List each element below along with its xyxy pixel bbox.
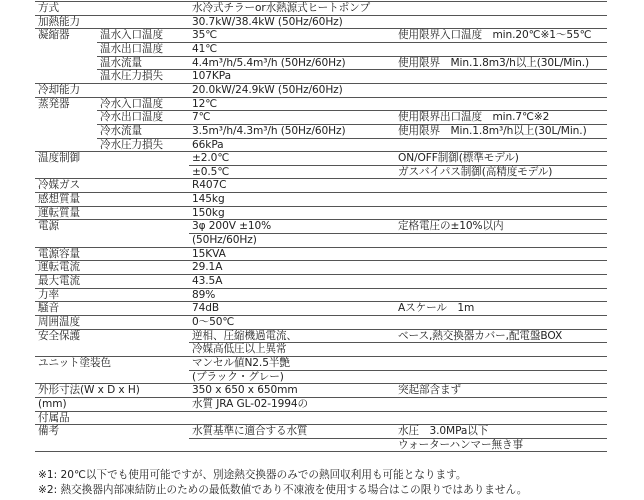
cell-c1: 加熱能力	[38, 16, 80, 30]
row-rule	[35, 97, 607, 98]
cell-c3: 4.4m³/h/5.4m³/h (50Hz/60Hz)	[192, 57, 345, 71]
row-rule	[189, 165, 607, 166]
cell-c3: ±2.0℃	[192, 152, 229, 166]
row-rule	[35, 28, 607, 29]
table-row: 冷却能力20.0kW/24.9kW (50Hz/60Hz)	[0, 84, 644, 98]
table-row: 冷媒高低圧以上異常	[0, 343, 644, 357]
cell-c4: Aスケール 1m	[398, 302, 474, 316]
row-rule	[97, 124, 607, 125]
cell-c2: 冷水入口温度	[100, 98, 163, 112]
footnote-2: ※2: 熱交換器内部凍結防止のための最低数値であり不凍液を使用する場合はこの限り…	[38, 483, 527, 498]
cell-c3: 107KPa	[192, 70, 231, 84]
cell-c3: 水冷式チラーor水熱源式ヒートポンプ	[192, 2, 370, 16]
table-row: 方式水冷式チラーor水熱源式ヒートポンプ	[0, 2, 644, 16]
cell-c2: 温水入口温度	[100, 29, 163, 43]
table-row: (50Hz/60Hz)	[0, 234, 644, 248]
cell-c1: 周囲温度	[38, 316, 80, 330]
cell-c3: 150kg	[192, 207, 225, 221]
row-rule	[97, 69, 607, 70]
cell-c3: ±0.5℃	[192, 166, 229, 180]
cell-c3: 30.7kW/38.4kW (50Hz/60Hz)	[192, 16, 343, 30]
row-rule	[189, 342, 607, 343]
table-row: 周囲温度0～50℃	[0, 316, 644, 330]
table-row: 安全保護逆相、圧縮機過電流、ベース,熱交換器カバー,配電盤BOX	[0, 330, 644, 344]
row-rule	[189, 233, 607, 234]
cell-c3: 3.5m³/h/4.3m³/h (50Hz/60Hz)	[192, 125, 345, 139]
footnotes: ※1: 20℃以下でも使用可能ですが、別途熱交換器のみでの熱回収利用も可能となり…	[38, 468, 527, 498]
cell-c1: (mm)	[38, 398, 67, 412]
row-rule	[189, 438, 607, 439]
row-rule	[35, 83, 607, 84]
table-row: ユニット塗装色マンセル値N2.5半艶	[0, 357, 644, 371]
cell-c3: 15KVA	[192, 248, 226, 262]
table-row: 温水流量4.4m³/h/5.4m³/h (50Hz/60Hz)使用限界 Min.…	[0, 57, 644, 71]
row-rule	[35, 178, 607, 179]
cell-c4: ガスバイパス制御(高精度モデル)	[398, 166, 552, 180]
table-row: 温度制御±2.0℃ON/OFF制御(標準モデル)	[0, 152, 644, 166]
row-rule	[35, 329, 607, 330]
cell-c2: 温水出口温度	[100, 43, 163, 57]
table-row: 運転電流29.1A	[0, 261, 644, 275]
cell-c1: 電源	[38, 220, 59, 234]
table-row: 温水圧力損失107KPa	[0, 70, 644, 84]
row-rule	[35, 383, 607, 384]
row-rule	[35, 247, 607, 248]
cell-c4: ベース,熱交換器カバー,配電盤BOX	[398, 330, 562, 344]
cell-c1: 感想質量	[38, 193, 80, 207]
cell-c4: 使用限界 Min.1.8m3/h以上(30L/Min.)	[398, 57, 589, 71]
cell-c3: 12℃	[192, 98, 217, 112]
cell-c4: 水圧 3.0MPa以下	[398, 425, 488, 439]
row-rule	[35, 411, 607, 412]
table-row: 備考水質基準に適合する水質水圧 3.0MPa以下	[0, 425, 644, 439]
row-rule	[35, 288, 607, 289]
table-row: 冷水圧力損失66kPa	[0, 139, 644, 153]
row-rule	[97, 110, 607, 111]
cell-c2: 冷水出口温度	[100, 111, 163, 125]
table-row: 加熱能力30.7kW/38.4kW (50Hz/60Hz)	[0, 16, 644, 30]
table-row: ウォーターハンマー無き事	[0, 439, 644, 453]
cell-c1: 方式	[38, 2, 59, 16]
table-row: 付属品	[0, 412, 644, 426]
cell-c4: 使用限界入口温度 min.20℃※1～55℃	[398, 29, 591, 43]
row-rule	[35, 356, 607, 357]
cell-c2: 温水流量	[100, 57, 142, 71]
table-row: 外形寸法(W x D x H)350 x 650 x 650mm突起部含まず	[0, 384, 644, 398]
row-rule	[97, 56, 607, 57]
row-rule	[97, 42, 607, 43]
cell-c1: 蒸発器	[38, 98, 69, 112]
row-rule	[35, 301, 607, 302]
cell-c3: 66kPa	[192, 139, 224, 153]
cell-c3: 3φ 200V ±10%	[192, 220, 271, 234]
table-row: 騒音74dBAスケール 1m	[0, 302, 644, 316]
cell-c1: 電源容量	[38, 248, 80, 262]
table-row: 電源容量15KVA	[0, 248, 644, 262]
cell-c1: 最大電流	[38, 275, 80, 289]
table-row: 感想質量145kg	[0, 193, 644, 207]
cell-c3: (ブラック・グレー)	[192, 371, 284, 385]
table-row: (mm)水質 JRA GL-02-1994の	[0, 398, 644, 412]
cell-c3: 冷媒高低圧以上異常	[192, 343, 286, 357]
table-row: 凝縮器温水入口温度35℃使用限界入口温度 min.20℃※1～55℃	[0, 29, 644, 43]
table-row: 温水出口温度41℃	[0, 43, 644, 57]
table-row: 運転質量150kg	[0, 207, 644, 221]
row-rule	[35, 192, 607, 193]
row-rule	[35, 424, 607, 425]
table-row: 力率89%	[0, 289, 644, 303]
row-rule	[35, 315, 607, 316]
table-row: ±0.5℃ガスバイパス制御(高精度モデル)	[0, 166, 644, 180]
cell-c1: ユニット塗装色	[38, 357, 111, 371]
footnote-1: ※1: 20℃以下でも使用可能ですが、別途熱交換器のみでの熱回収利用も可能となり…	[38, 468, 527, 483]
cell-c1: 力率	[38, 289, 59, 303]
cell-c4: 定格電圧の±10%以内	[398, 220, 503, 234]
table-row: 最大電流43.5A	[0, 275, 644, 289]
row-rule	[35, 397, 607, 398]
row-rule	[35, 15, 607, 16]
cell-c3: 43.5A	[192, 275, 222, 289]
row-rule	[35, 274, 607, 275]
cell-c1: 温度制御	[38, 152, 80, 166]
cell-c3: 350 x 650 x 650mm	[192, 384, 298, 398]
cell-c1: 安全保護	[38, 330, 80, 344]
table-row: 冷水出口温度7℃使用限界出口温度 min.7℃※2	[0, 111, 644, 125]
cell-c1: 備考	[38, 425, 59, 439]
cell-c3: (50Hz/60Hz)	[192, 234, 257, 248]
cell-c3: 74dB	[192, 302, 219, 316]
cell-c2: 冷水圧力損失	[100, 139, 163, 153]
cell-c1: 付属品	[38, 412, 69, 426]
cell-c2: 温水圧力損失	[100, 70, 163, 84]
cell-c1: 冷媒ガス	[38, 179, 80, 193]
cell-c4: 使用限界 Min.1.8m³/h以上(30L/Min.)	[398, 125, 587, 139]
row-rule	[35, 451, 607, 452]
cell-c3: マンセル値N2.5半艶	[192, 357, 290, 371]
cell-c1: 凝縮器	[38, 29, 69, 43]
row-rule	[35, 219, 607, 220]
cell-c4: 突起部含まず	[398, 384, 461, 398]
cell-c3: 7℃	[192, 111, 210, 125]
cell-c3: 29.1A	[192, 261, 222, 275]
cell-c3: 0～50℃	[192, 316, 234, 330]
table-row: (ブラック・グレー)	[0, 371, 644, 385]
cell-c3: 35℃	[192, 29, 217, 43]
cell-c3: 水質基準に適合する水質	[192, 425, 307, 439]
cell-c4: ウォーターハンマー無き事	[398, 439, 523, 453]
cell-c3: 水質 JRA GL-02-1994の	[192, 398, 308, 412]
row-rule	[35, 151, 607, 152]
table-row: 電源3φ 200V ±10%定格電圧の±10%以内	[0, 220, 644, 234]
cell-c1: 騒音	[38, 302, 59, 316]
cell-c1: 外形寸法(W x D x H)	[38, 384, 140, 398]
cell-c4: ON/OFF制御(標準モデル)	[398, 152, 519, 166]
cell-c1: 運転質量	[38, 207, 80, 221]
table-row: 冷媒ガスR407C	[0, 179, 644, 193]
row-rule	[35, 260, 607, 261]
row-rule	[189, 370, 607, 371]
cell-c3: 89%	[192, 289, 215, 303]
row-rule	[97, 138, 607, 139]
cell-c3: 20.0kW/24.9kW (50Hz/60Hz)	[192, 84, 343, 98]
cell-c2: 冷水流量	[100, 125, 142, 139]
table-row: 蒸発器冷水入口温度12℃	[0, 98, 644, 112]
table-row: 冷水流量3.5m³/h/4.3m³/h (50Hz/60Hz)使用限界 Min.…	[0, 125, 644, 139]
cell-c3: 逆相、圧縮機過電流、	[192, 330, 297, 344]
row-rule	[35, 206, 607, 207]
cell-c3: R407C	[192, 179, 226, 193]
cell-c3: 41℃	[192, 43, 217, 57]
cell-c4: 使用限界出口温度 min.7℃※2	[398, 111, 549, 125]
spec-sheet: 方式水冷式チラーor水熱源式ヒートポンプ加熱能力30.7kW/38.4kW (5…	[0, 0, 644, 500]
cell-c3: 145kg	[192, 193, 225, 207]
cell-c1: 運転電流	[38, 261, 80, 275]
cell-c1: 冷却能力	[38, 84, 80, 98]
